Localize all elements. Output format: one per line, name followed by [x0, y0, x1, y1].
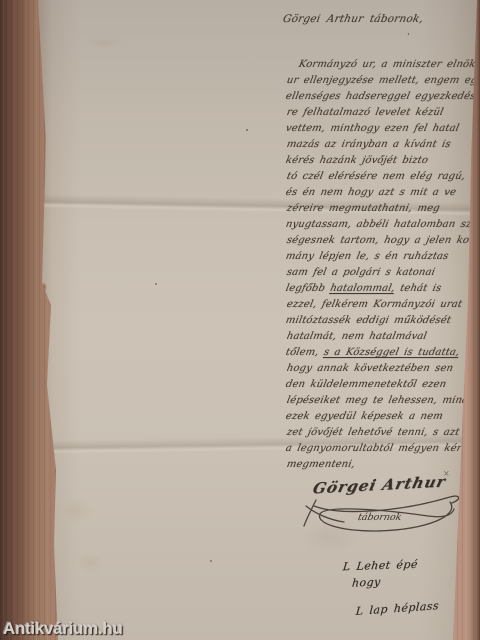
handwriting-line: ezzel, felkérem Kormányzói urat: [285, 297, 480, 313]
paper-stain: [60, 498, 94, 524]
letter-body: Kormányzó ur, a miniszter elnök ur ellen…: [284, 57, 480, 473]
annotation-note: L Lehet épé: [342, 558, 418, 574]
handwriting-line: ezek egyedül képesek a nem: [284, 409, 480, 425]
stray-ink-mark: ’: [407, 33, 410, 43]
annotation-note: hogy: [351, 575, 381, 589]
handwriting-line: lépéseiket meg te lehessen, mind: [285, 393, 480, 409]
underlined-words: s a Községgel is tudatta,: [323, 347, 461, 358]
paper-speck: [210, 560, 212, 562]
photo-of-letter: Görgei Arthur tábornok, ’ × Kormányzó ur…: [0, 0, 480, 640]
handwriting-line: vettem, minthogy ezen fel hatal: [284, 121, 480, 137]
handwriting-line: miltóztassék eddigi működését: [284, 313, 480, 329]
handwriting-line: legfőbb hatalommal, tehát is: [284, 281, 480, 297]
handwriting-line: ellenséges hadsereggel egyezkedés: [284, 89, 480, 105]
paper-speck: [155, 283, 157, 285]
handwriting-line: ur ellenjegyzése mellett, engem egy: [285, 73, 480, 89]
handwriting-line: zéreire megmutathatni, meg: [285, 201, 480, 217]
handwriting-line: mány lépjen le, s én ruháztas: [284, 249, 480, 265]
handwriting-line: Kormányzó ur, a miniszter elnök: [284, 57, 480, 73]
handwriting-line: a legnyomorultabtól mégyen kéri: [284, 441, 480, 457]
handwriting-line: tőlem, s a Községgel is tudatta,: [284, 345, 480, 361]
handwriting-line: den küldelemmenetektől ezen: [284, 377, 480, 393]
handwriting-line: és én nem hogy azt s mit a ve: [284, 185, 480, 201]
annotation-note: L lap héplass: [355, 599, 439, 618]
watermark-antikvarium: Antikvárium.hu: [3, 619, 123, 639]
handwriting-line: hatalmát, nem hatalmával: [285, 329, 480, 345]
paper-stain: [84, 36, 124, 50]
handwriting-line: kérés hazánk jövőjét bizto: [284, 153, 480, 169]
line-segment: tőlem,: [285, 347, 325, 358]
handwriting-line: re felhatalmazó levelet kézül: [285, 105, 480, 121]
handwriting-line: mazás az irányban a kívánt is: [285, 137, 480, 153]
handwriting-line: nyugtassam, abbéli hatalomban szük: [284, 217, 480, 233]
handwriting-line: sam fel a polgári s katonai: [285, 265, 480, 281]
signature-rank: tábornok: [357, 512, 403, 523]
red-stain: [40, 282, 47, 293]
paper-stain: [76, 552, 104, 574]
letter-heading: Görgei Arthur tábornok,: [282, 13, 425, 25]
line-segment: tehát is: [394, 283, 443, 294]
underlined-words: hatalommal,: [329, 283, 396, 294]
handwriting-line: hogy annak következtében sen: [285, 361, 480, 377]
handwriting-line: tó czél elérésére nem elég ragú,: [285, 169, 480, 185]
letter-paper: Görgei Arthur tábornok, ’ × Kormányzó ur…: [0, 0, 480, 640]
line-segment: legfőbb: [285, 283, 332, 294]
paper-speck: [246, 129, 248, 131]
signature-block: Görgei Arthur tábornok: [300, 470, 468, 548]
handwriting-line: ségesnek tartom, hogy a jelen kor: [285, 233, 480, 249]
handwriting-line: zet jövőjét lehetővé tenni, s azt: [285, 425, 480, 441]
